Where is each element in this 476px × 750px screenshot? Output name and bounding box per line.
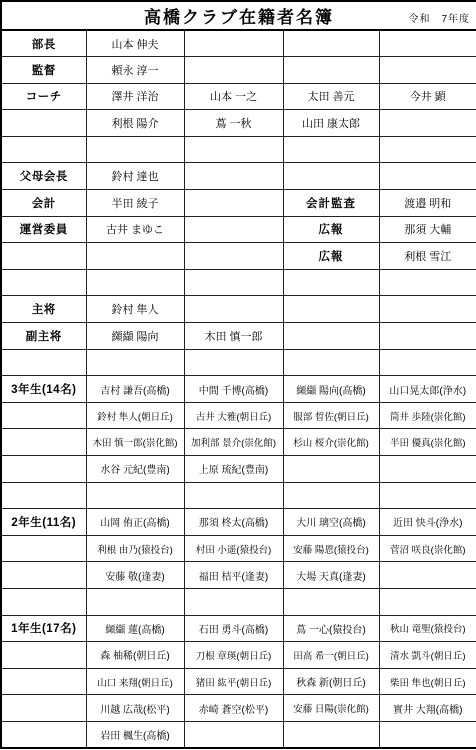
role-cell: 運営委員	[1, 216, 86, 243]
member-cell: 菅沼 咲良(崇化館)	[379, 535, 476, 562]
member-cell: 柴田 隼也(朝日丘)	[379, 668, 476, 695]
member-cell: 山岡 侑正(高橋)	[86, 509, 184, 536]
member-cell	[86, 588, 184, 615]
member-cell	[184, 136, 283, 163]
member-cell: 安藤 陽恩(猿投台)	[283, 535, 379, 562]
member-cell: 会計監査	[283, 190, 379, 217]
member-cell: 鈴村 隼人	[86, 296, 184, 323]
member-cell	[283, 57, 379, 84]
member-cell: 鈴村 達也	[86, 163, 184, 190]
member-cell	[379, 30, 476, 57]
role-cell	[1, 110, 86, 137]
member-cell: 半田 優真(崇化館)	[379, 429, 476, 456]
table-row: 会計半田 綾子会計監査渡邉 明和	[1, 190, 476, 217]
table-row	[1, 588, 476, 615]
table-row: 3年生(14名)吉村 謙吾(高橋)中間 千博(高橋)纐纈 陽向(高橋)山口晃太郎…	[1, 376, 476, 403]
member-cell: 古井 まゆこ	[86, 216, 184, 243]
member-cell: 刀根 章瑛(朝日丘)	[184, 642, 283, 669]
role-cell: 父母会長	[1, 163, 86, 190]
member-cell	[184, 243, 283, 270]
member-cell: 半田 綾子	[86, 190, 184, 217]
member-cell	[283, 163, 379, 190]
table-row: 岩田 楓生(高橋)	[1, 721, 476, 748]
member-cell	[283, 482, 379, 509]
table-row: 広報利根 雪江	[1, 243, 476, 270]
member-cell	[283, 323, 379, 350]
member-cell	[379, 136, 476, 163]
member-cell: 石田 勇斗(高橋)	[184, 615, 283, 642]
member-cell: 水谷 元紀(豊南)	[86, 456, 184, 483]
table-row: 副主将纐纈 陽向木田 慎一郎	[1, 323, 476, 350]
member-cell: 蔦 一心(猿投台)	[283, 615, 379, 642]
table-row: 1年生(17名)纐纈 蓮(高橋)石田 勇斗(高橋)蔦 一心(猿投台)秋山 竜聖(…	[1, 615, 476, 642]
member-cell	[379, 456, 476, 483]
role-cell	[1, 269, 86, 296]
role-cell: 部長	[1, 30, 86, 57]
table-row: 2年生(11名)山岡 侑正(高橋)那須 柊太(高橋)大川 璃空(高橋)近田 快斗…	[1, 509, 476, 536]
member-cell: 村田 小遥(猿投台)	[184, 535, 283, 562]
table-row: 安藤 敬(逢妻)福田 桔平(逢妻)大場 天真(逢妻)	[1, 562, 476, 589]
member-cell	[379, 110, 476, 137]
table-row	[1, 482, 476, 509]
member-cell: 大川 璃空(高橋)	[283, 509, 379, 536]
member-cell	[86, 269, 184, 296]
member-cell: 那須 大輔	[379, 216, 476, 243]
member-cell: 安藤 日陽(崇化館)	[283, 695, 379, 722]
member-cell	[379, 323, 476, 350]
member-cell	[184, 190, 283, 217]
member-cell	[379, 562, 476, 589]
table-row: 監督頼永 淳一	[1, 57, 476, 84]
member-cell: 杉山 桜介(崇化館)	[283, 429, 379, 456]
role-cell: 3年生(14名)	[1, 376, 86, 403]
member-cell	[379, 269, 476, 296]
member-cell: 吉村 謙吾(高橋)	[86, 376, 184, 403]
member-cell	[283, 349, 379, 376]
member-cell: 今井 顕	[379, 83, 476, 110]
member-cell: 川越 広哉(松平)	[86, 695, 184, 722]
member-cell	[86, 349, 184, 376]
table-row: 水谷 元紀(豊南)上原 琉紀(豊南)	[1, 456, 476, 483]
member-cell	[379, 588, 476, 615]
member-cell	[283, 136, 379, 163]
table-row: 運営委員古井 まゆこ広報那須 大輔	[1, 216, 476, 243]
role-cell: 監督	[1, 57, 86, 84]
member-cell	[283, 269, 379, 296]
member-cell: 頼永 淳一	[86, 57, 184, 84]
member-cell: 山口 来翔(朝日丘)	[86, 668, 184, 695]
member-cell	[184, 163, 283, 190]
member-cell: 山口晃太郎(浄水)	[379, 376, 476, 403]
role-cell: 1年生(17名)	[1, 615, 86, 642]
title-row: 高橋クラブ在籍者名簿 令和 7年度	[1, 1, 476, 30]
role-cell	[1, 456, 86, 483]
fiscal-year-label: 令和 7年度	[408, 10, 470, 25]
role-cell	[1, 588, 86, 615]
member-cell	[184, 482, 283, 509]
table-row	[1, 269, 476, 296]
member-cell: 赤崎 蒼空(松平)	[184, 695, 283, 722]
member-cell	[379, 721, 476, 748]
table-row: 利根 由乃(猿投台)村田 小遥(猿投台)安藤 陽恩(猿投台)菅沼 咲良(崇化館)	[1, 535, 476, 562]
member-cell: 福田 桔平(逢妻)	[184, 562, 283, 589]
member-cell	[379, 57, 476, 84]
member-cell: 纐纈 陽向	[86, 323, 184, 350]
role-cell	[1, 535, 86, 562]
table-row: 鈴村 隼人(朝日丘)古井 大雅(朝日丘)服部 晢佐(朝日丘)筒井 歩陸(崇化館)	[1, 402, 476, 429]
member-cell	[283, 588, 379, 615]
member-cell	[86, 482, 184, 509]
table-row: コーチ澤井 洋治山本 一之太田 善元今井 顕	[1, 83, 476, 110]
member-cell: 猪田 紘平(朝日丘)	[184, 668, 283, 695]
member-cell: 纐纈 蓮(高橋)	[86, 615, 184, 642]
member-cell	[184, 269, 283, 296]
member-cell: 利根 由乃(猿投台)	[86, 535, 184, 562]
member-cell: 木田 慎一郎	[184, 323, 283, 350]
table-row: 父母会長鈴村 達也	[1, 163, 476, 190]
role-cell	[1, 668, 86, 695]
member-cell: 利根 陽介	[86, 110, 184, 137]
role-cell: 会計	[1, 190, 86, 217]
member-cell: 山本 伸夫	[86, 30, 184, 57]
member-cell: 古井 大雅(朝日丘)	[184, 402, 283, 429]
role-cell	[1, 402, 86, 429]
member-cell: 山本 一之	[184, 83, 283, 110]
member-cell: 那須 柊太(高橋)	[184, 509, 283, 536]
table-row: 木田 慎一郎(崇化館)加利部 景介(崇化館)杉山 桜介(崇化館)半田 優真(崇化…	[1, 429, 476, 456]
member-cell: 蔦 一秋	[184, 110, 283, 137]
role-cell	[1, 695, 86, 722]
role-cell	[1, 429, 86, 456]
table-row	[1, 349, 476, 376]
role-cell	[1, 136, 86, 163]
member-cell: 近田 快斗(浄水)	[379, 509, 476, 536]
member-cell	[86, 136, 184, 163]
member-cell: 利根 雪江	[379, 243, 476, 270]
member-cell: 秋森 新(朝日丘)	[283, 668, 379, 695]
member-cell	[184, 57, 283, 84]
member-cell: 田高 希一(朝日丘)	[283, 642, 379, 669]
member-cell	[283, 721, 379, 748]
role-cell	[1, 562, 86, 589]
roster-table: 高橋クラブ在籍者名簿 令和 7年度 部長山本 伸夫監督頼永 淳一コーチ澤井 洋治…	[0, 0, 476, 749]
member-cell	[283, 30, 379, 57]
member-cell	[379, 349, 476, 376]
member-cell	[184, 349, 283, 376]
member-cell: 安藤 敬(逢妻)	[86, 562, 184, 589]
role-cell	[1, 243, 86, 270]
table-row: 主将鈴村 隼人	[1, 296, 476, 323]
member-cell: 筒井 歩陸(崇化館)	[379, 402, 476, 429]
member-cell: 纐纈 陽向(高橋)	[283, 376, 379, 403]
role-cell: 副主将	[1, 323, 86, 350]
page-title: 高橋クラブ在籍者名簿	[144, 3, 334, 28]
member-cell: 広報	[283, 216, 379, 243]
member-cell: 服部 晢佐(朝日丘)	[283, 402, 379, 429]
member-cell: 木田 慎一郎(崇化館)	[86, 429, 184, 456]
member-cell: 清水 凱斗(朝日丘)	[379, 642, 476, 669]
role-cell	[1, 642, 86, 669]
role-cell	[1, 349, 86, 376]
member-cell: 森 柚稀(朝日丘)	[86, 642, 184, 669]
member-cell	[283, 456, 379, 483]
member-cell: 上原 琉紀(豊南)	[184, 456, 283, 483]
member-cell	[379, 296, 476, 323]
member-cell: 山田 康太郎	[283, 110, 379, 137]
member-cell: 大場 天真(逢妻)	[283, 562, 379, 589]
table-row: 川越 広哉(松平)赤崎 蒼空(松平)安藤 日陽(崇化館)實井 大翔(高橋)	[1, 695, 476, 722]
role-cell	[1, 482, 86, 509]
role-cell: 2年生(11名)	[1, 509, 86, 536]
member-cell	[184, 30, 283, 57]
table-row: 部長山本 伸夫	[1, 30, 476, 57]
member-cell	[184, 588, 283, 615]
table-row	[1, 136, 476, 163]
role-cell	[1, 721, 86, 748]
table-row: 森 柚稀(朝日丘)刀根 章瑛(朝日丘)田高 希一(朝日丘)清水 凱斗(朝日丘)	[1, 642, 476, 669]
member-cell	[184, 721, 283, 748]
member-cell: 澤井 洋治	[86, 83, 184, 110]
roster-document: 高橋クラブ在籍者名簿 令和 7年度 部長山本 伸夫監督頼永 淳一コーチ澤井 洋治…	[0, 0, 476, 750]
role-cell: コーチ	[1, 83, 86, 110]
member-cell: 広報	[283, 243, 379, 270]
member-cell	[184, 296, 283, 323]
member-cell	[283, 296, 379, 323]
member-cell	[379, 482, 476, 509]
member-cell: 中間 千博(高橋)	[184, 376, 283, 403]
member-cell: 太田 善元	[283, 83, 379, 110]
member-cell	[86, 243, 184, 270]
member-cell: 實井 大翔(高橋)	[379, 695, 476, 722]
member-cell: 鈴村 隼人(朝日丘)	[86, 402, 184, 429]
member-cell: 岩田 楓生(高橋)	[86, 721, 184, 748]
role-cell: 主将	[1, 296, 86, 323]
member-cell: 渡邉 明和	[379, 190, 476, 217]
member-cell	[184, 216, 283, 243]
member-cell: 加利部 景介(崇化館)	[184, 429, 283, 456]
table-row: 山口 来翔(朝日丘)猪田 紘平(朝日丘)秋森 新(朝日丘)柴田 隼也(朝日丘)	[1, 668, 476, 695]
table-row: 利根 陽介蔦 一秋山田 康太郎	[1, 110, 476, 137]
member-cell: 秋山 竜聖(猿投台)	[379, 615, 476, 642]
member-cell	[379, 163, 476, 190]
